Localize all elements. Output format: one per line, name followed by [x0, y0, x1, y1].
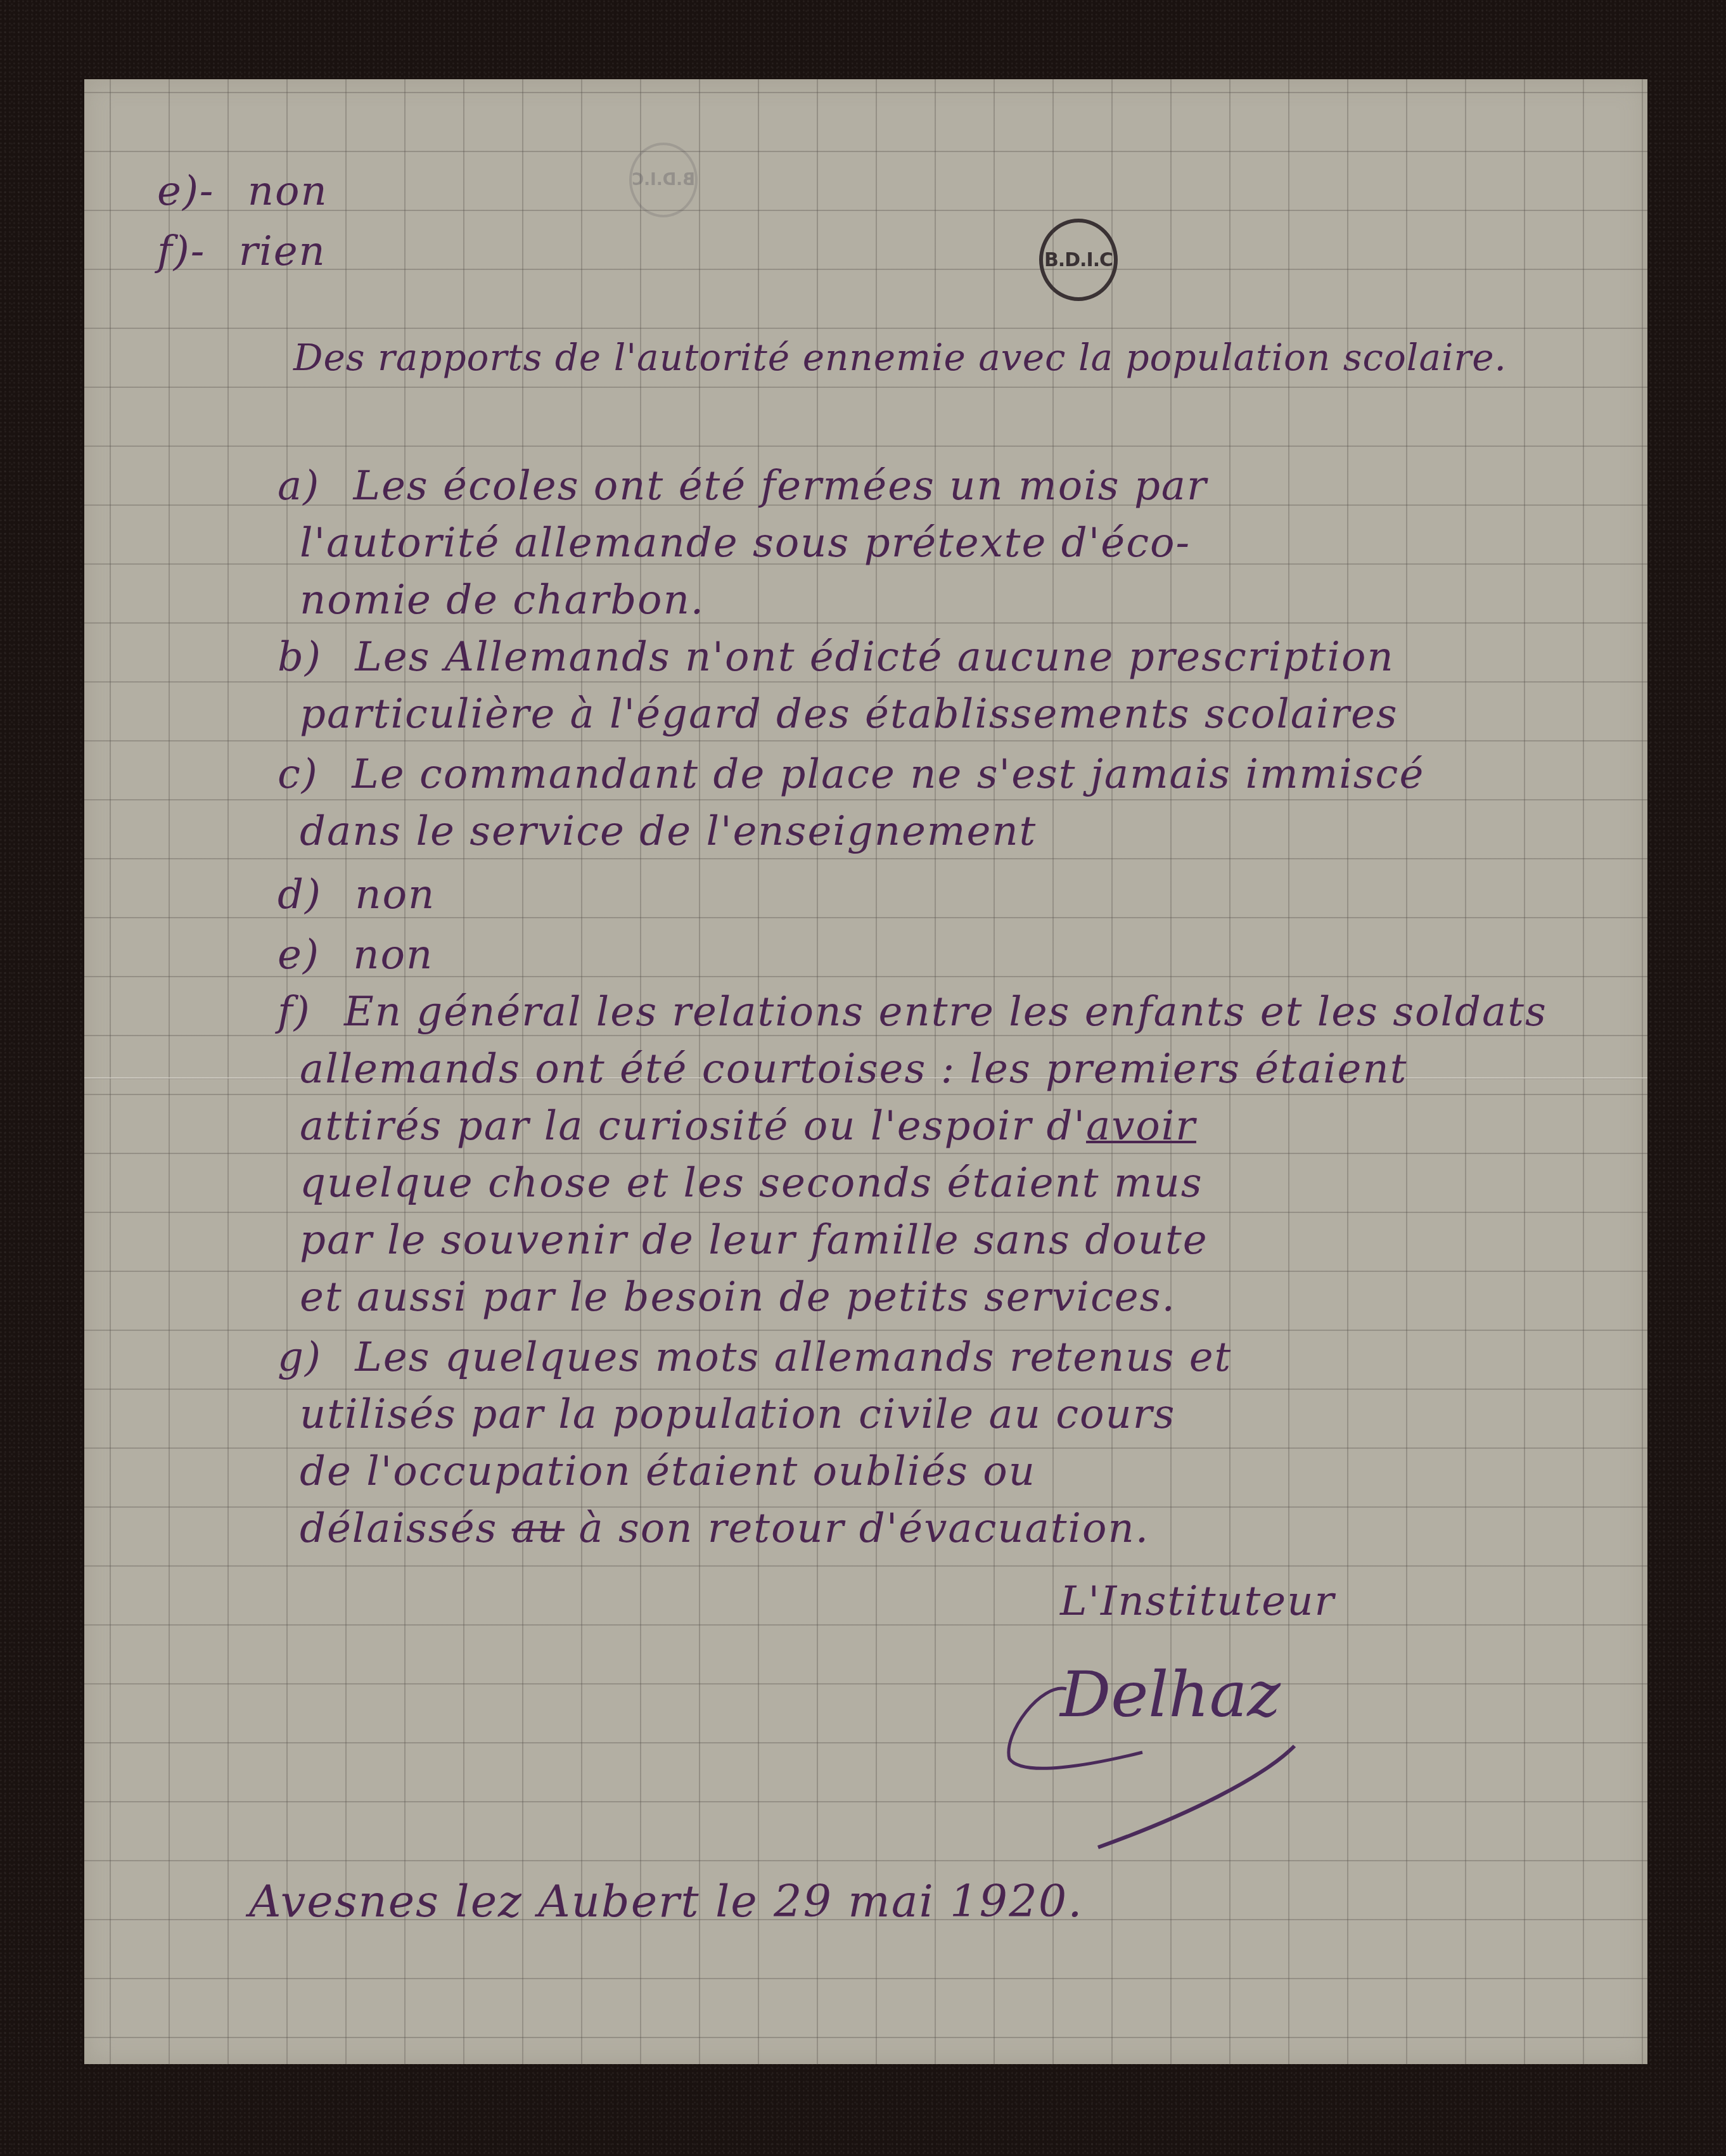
line-text: non	[355, 871, 435, 918]
underlined-word: avoir	[1086, 1103, 1196, 1150]
stamp-text: B.D.I.C	[1044, 249, 1113, 271]
section-g-line-4: délaissés au à son retour d'évacuation.	[300, 1508, 1149, 1549]
section-label: c)	[278, 751, 319, 798]
section-f-line-6: et aussi par le besoin de petits service…	[300, 1277, 1176, 1318]
section-g-line-1: g) Les quelques mots allemands retenus e…	[278, 1337, 1232, 1378]
place-and-date: Avesnes lez Aubert le 29 mai 1920.	[249, 1879, 1083, 1923]
section-b-line-2: particulière à l'égard des établissement…	[300, 694, 1398, 735]
line-text: Les écoles ont été fermées un mois par	[353, 463, 1207, 510]
answer-text: rien	[239, 228, 326, 275]
answer-text: non	[248, 168, 328, 215]
bdic-stamp: B.D.I.C	[1039, 219, 1118, 301]
section-label: f)	[278, 989, 311, 1036]
section-a-line-3: nomie de charbon.	[300, 580, 705, 620]
line-text: non	[353, 932, 433, 979]
line-text: Le commandant de place ne s'est jamais i…	[352, 751, 1424, 798]
line-text: délaissés	[300, 1505, 497, 1552]
struck-word: au	[512, 1505, 565, 1552]
section-f-line-1: f) En général les relations entre les en…	[278, 992, 1547, 1032]
answer-label: e)-	[157, 168, 214, 215]
line-text: En général les relations entre les enfan…	[344, 989, 1547, 1036]
line-tail: à son retour d'évacuation.	[579, 1505, 1149, 1552]
section-c-line-1: c) Le commandant de place ne s'est jamai…	[278, 754, 1424, 795]
section-g-line-2: utilisés par la population civile au cou…	[300, 1394, 1175, 1435]
section-label: b)	[278, 634, 322, 681]
section-e-line-1: e) non	[278, 935, 433, 975]
section-c-line-2: dans le service de l'enseignement	[300, 811, 1037, 852]
answer-e-top: e)- non	[157, 171, 328, 212]
answer-label: f)-	[157, 228, 205, 275]
closing-title: L'Instituteur	[1060, 1581, 1335, 1622]
section-a-line-2: l'autorité allemande sous prétexte d'éco…	[300, 523, 1191, 563]
section-label: a)	[278, 463, 320, 510]
document-page: B.D.I.C B.D.I.C e)- non f)- rien Des rap…	[84, 79, 1647, 2064]
signature: Delhaz	[1060, 1657, 1281, 1731]
section-g-line-3: de l'occupation étaient oubliés ou	[300, 1451, 1036, 1492]
ghost-stamp-text: B.D.I.C	[632, 170, 695, 189]
line-text: attirés par la curiosité ou l'espoir d'	[300, 1103, 1086, 1150]
line-text: Les Allemands n'ont édicté aucune prescr…	[355, 634, 1395, 681]
section-f-line-3: attirés par la curiosité ou l'espoir d'a…	[300, 1106, 1196, 1146]
ghost-stamp-bleedthrough: B.D.I.C	[629, 143, 698, 217]
line-text: Les quelques mots allemands retenus et	[355, 1334, 1232, 1381]
section-heading: Des rapports de l'autorité ennemie avec …	[293, 339, 1507, 376]
section-label: e)	[278, 932, 320, 979]
section-label: d)	[278, 871, 322, 918]
section-label: g)	[278, 1334, 322, 1381]
section-b-line-1: b) Les Allemands n'ont édicté aucune pre…	[278, 637, 1395, 677]
section-d-line-1: d) non	[278, 875, 435, 915]
section-f-line-2: allemands ont été courtoises : les premi…	[300, 1049, 1407, 1089]
answer-f-top: f)- rien	[157, 231, 326, 272]
section-a-line-1: a) Les écoles ont été fermées un mois pa…	[278, 466, 1208, 506]
section-f-line-5: par le souvenir de leur famille sans dou…	[300, 1220, 1208, 1261]
section-f-line-4: quelque chose et les seconds étaient mus	[300, 1163, 1203, 1203]
